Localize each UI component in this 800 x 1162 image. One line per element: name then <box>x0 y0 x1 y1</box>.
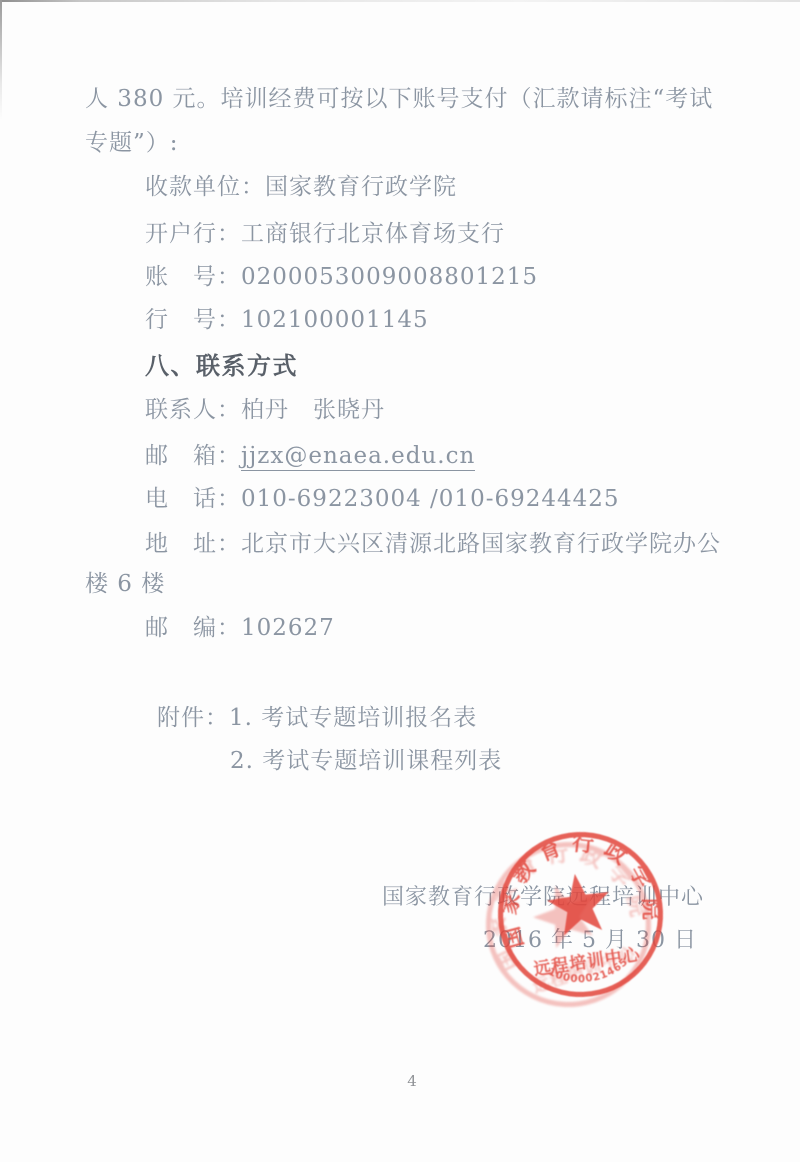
intro-line-2: 专题”）: <box>85 128 179 158</box>
email-value: jjzx@enaea.edu.cn <box>241 443 475 471</box>
bank-line: 开户行：工商银行北京体育场支行 <box>145 219 505 249</box>
attachments-line-1: 附件：1. 考试专题培训报名表 <box>157 703 477 733</box>
official-seal: 国家教育行政学院 远程培训中心 1100000214656 <box>465 799 697 1031</box>
contact-person-line: 联系人：柏丹 张晓丹 <box>145 395 385 425</box>
seal-star-icon <box>544 870 614 937</box>
attachments-line-2: 2. 考试专题培训课程列表 <box>230 746 502 776</box>
page-number: 4 <box>0 1072 800 1090</box>
address-line-1: 地 址：北京市大兴区清源北路国家教育行政学院办公 <box>145 529 721 559</box>
intro-line-1: 人 380 元。培训经费可按以下账号支付（汇款请标注“考试 <box>85 84 713 114</box>
bank-code-line: 行 号：102100001145 <box>145 305 429 335</box>
address-line-2: 楼 6 楼 <box>85 569 165 599</box>
phone-line: 电 话：010-69223004 /010-69244425 <box>145 484 620 514</box>
payee-line: 收款单位：国家教育行政学院 <box>145 172 457 202</box>
email-label: 邮 箱： <box>145 443 241 469</box>
email-line: 邮 箱：jjzx@enaea.edu.cn <box>145 441 475 471</box>
section-heading-contact: 八、联系方式 <box>145 351 298 381</box>
account-line: 账 号：0200053009008801215 <box>145 262 538 292</box>
postcode-line: 邮 编：102627 <box>145 613 335 643</box>
